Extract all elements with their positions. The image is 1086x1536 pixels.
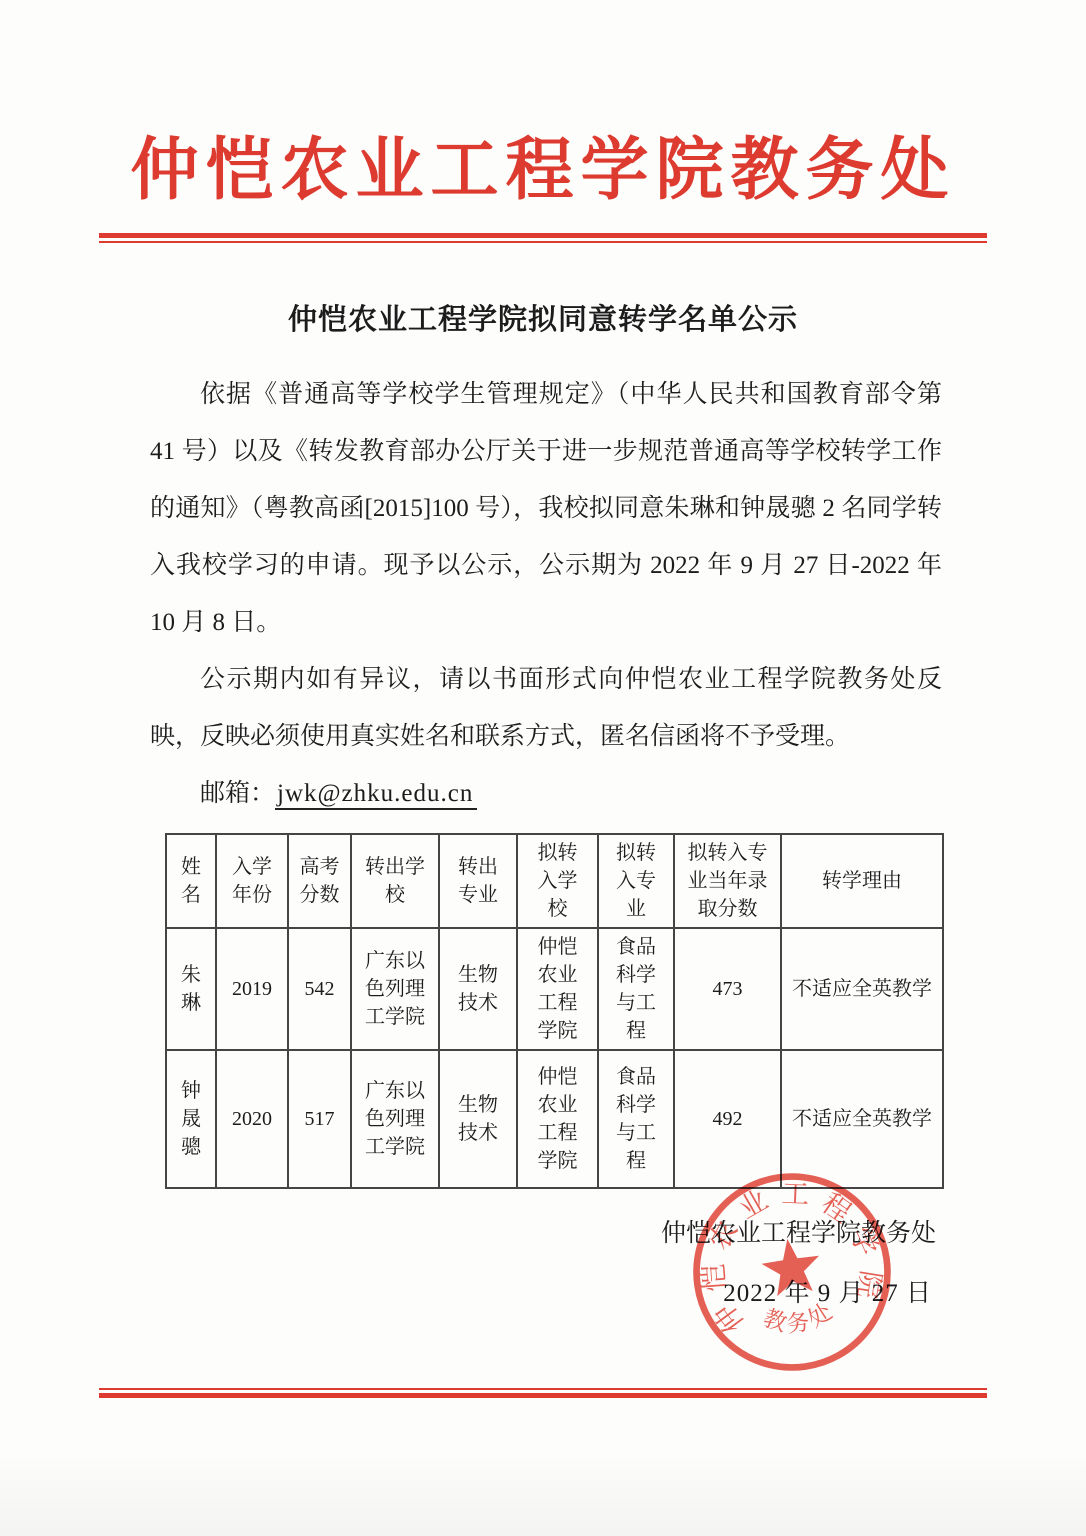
document-title: 仲恺农业工程学院拟同意转学名单公示: [0, 297, 1086, 338]
table-header-cell: 拟转入专业当年录取分数: [674, 834, 781, 928]
table-cell: 食品科学与工程: [598, 928, 674, 1050]
table-header-cell: 拟转入学校: [517, 834, 598, 928]
table-cell: 473: [674, 928, 781, 1050]
signature-org: 仲恺农业工程学院教务处: [661, 1220, 936, 1247]
table-cell: 仲恺农业工程学院: [517, 928, 598, 1050]
table-row: 朱琳 2019 542 广东以色列理工学院 生物技术 仲恺农业工程学院 食品科学…: [166, 928, 943, 1050]
table-cell: 517: [288, 1050, 351, 1188]
table-cell: 生物技术: [439, 928, 517, 1050]
table-header-cell: 转学理由: [781, 834, 943, 928]
divider-thin-line: [99, 241, 987, 243]
table-header-cell: 姓名: [166, 834, 216, 928]
table-row: 钟晟骢 2020 517 广东以色列理工学院 生物技术 仲恺农业工程学院 食品科…: [166, 1050, 943, 1188]
table-cell: 钟晟骢: [166, 1050, 216, 1188]
table-header-cell: 转出专业: [439, 834, 517, 928]
body-text: 依据《普通高等学校学生管理规定》（中华人民共和国教育部令第 41 号）以及《转发…: [150, 366, 942, 822]
table-cell: 542: [288, 928, 351, 1050]
transfer-table: 姓名 入学年份 高考分数 转出学校 转出专业 拟转入学校 拟转入专业 拟转入专业…: [165, 833, 944, 1189]
table-cell: 2019: [216, 928, 288, 1050]
table-cell: 生物技术: [439, 1050, 517, 1188]
footer-divider: [99, 1388, 987, 1398]
table-cell: 食品科学与工程: [598, 1050, 674, 1188]
email-line: 邮箱：jwk@zhku.edu.cn: [150, 765, 942, 822]
table-header-cell: 入学年份: [216, 834, 288, 928]
divider-thick-line: [99, 1393, 987, 1398]
table-header-cell: 拟转入专业: [598, 834, 674, 928]
table-cell: 2020: [216, 1050, 288, 1188]
signature-block: 仲恺农业工程学院教务处 2022 年 9 月 27 日: [661, 1220, 936, 1307]
letterhead-divider: [99, 233, 987, 243]
table-header-cell: 转出学校: [351, 834, 439, 928]
table-cell: 朱琳: [166, 928, 216, 1050]
table-header-row: 姓名 入学年份 高考分数 转出学校 转出专业 拟转入学校 拟转入专业 拟转入专业…: [166, 834, 943, 928]
email-address: jwk@zhku.edu.cn: [275, 780, 477, 810]
table-header-cell: 高考分数: [288, 834, 351, 928]
signature-date: 2022 年 9 月 27 日: [661, 1280, 936, 1307]
table-cell: 不适应全英教学: [781, 1050, 943, 1188]
letterhead-title: 仲恺农业工程学院教务处: [0, 116, 1086, 213]
email-label: 邮箱：: [200, 780, 275, 807]
document-page: 仲恺农业工程学院教务处 仲恺农业工程学院拟同意转学名单公示 依据《普通高等学校学…: [0, 0, 1086, 1536]
table-cell: 广东以色列理工学院: [351, 928, 439, 1050]
table-cell: 不适应全英教学: [781, 928, 943, 1050]
table-cell: 广东以色列理工学院: [351, 1050, 439, 1188]
table-cell: 492: [674, 1050, 781, 1188]
paragraph-basis: 依据《普通高等学校学生管理规定》（中华人民共和国教育部令第 41 号）以及《转发…: [150, 366, 942, 651]
table-cell: 仲恺农业工程学院: [517, 1050, 598, 1188]
paragraph-objection: 公示期内如有异议，请以书面形式向仲恺农业工程学院教务处反映，反映必须使用真实姓名…: [150, 651, 942, 765]
